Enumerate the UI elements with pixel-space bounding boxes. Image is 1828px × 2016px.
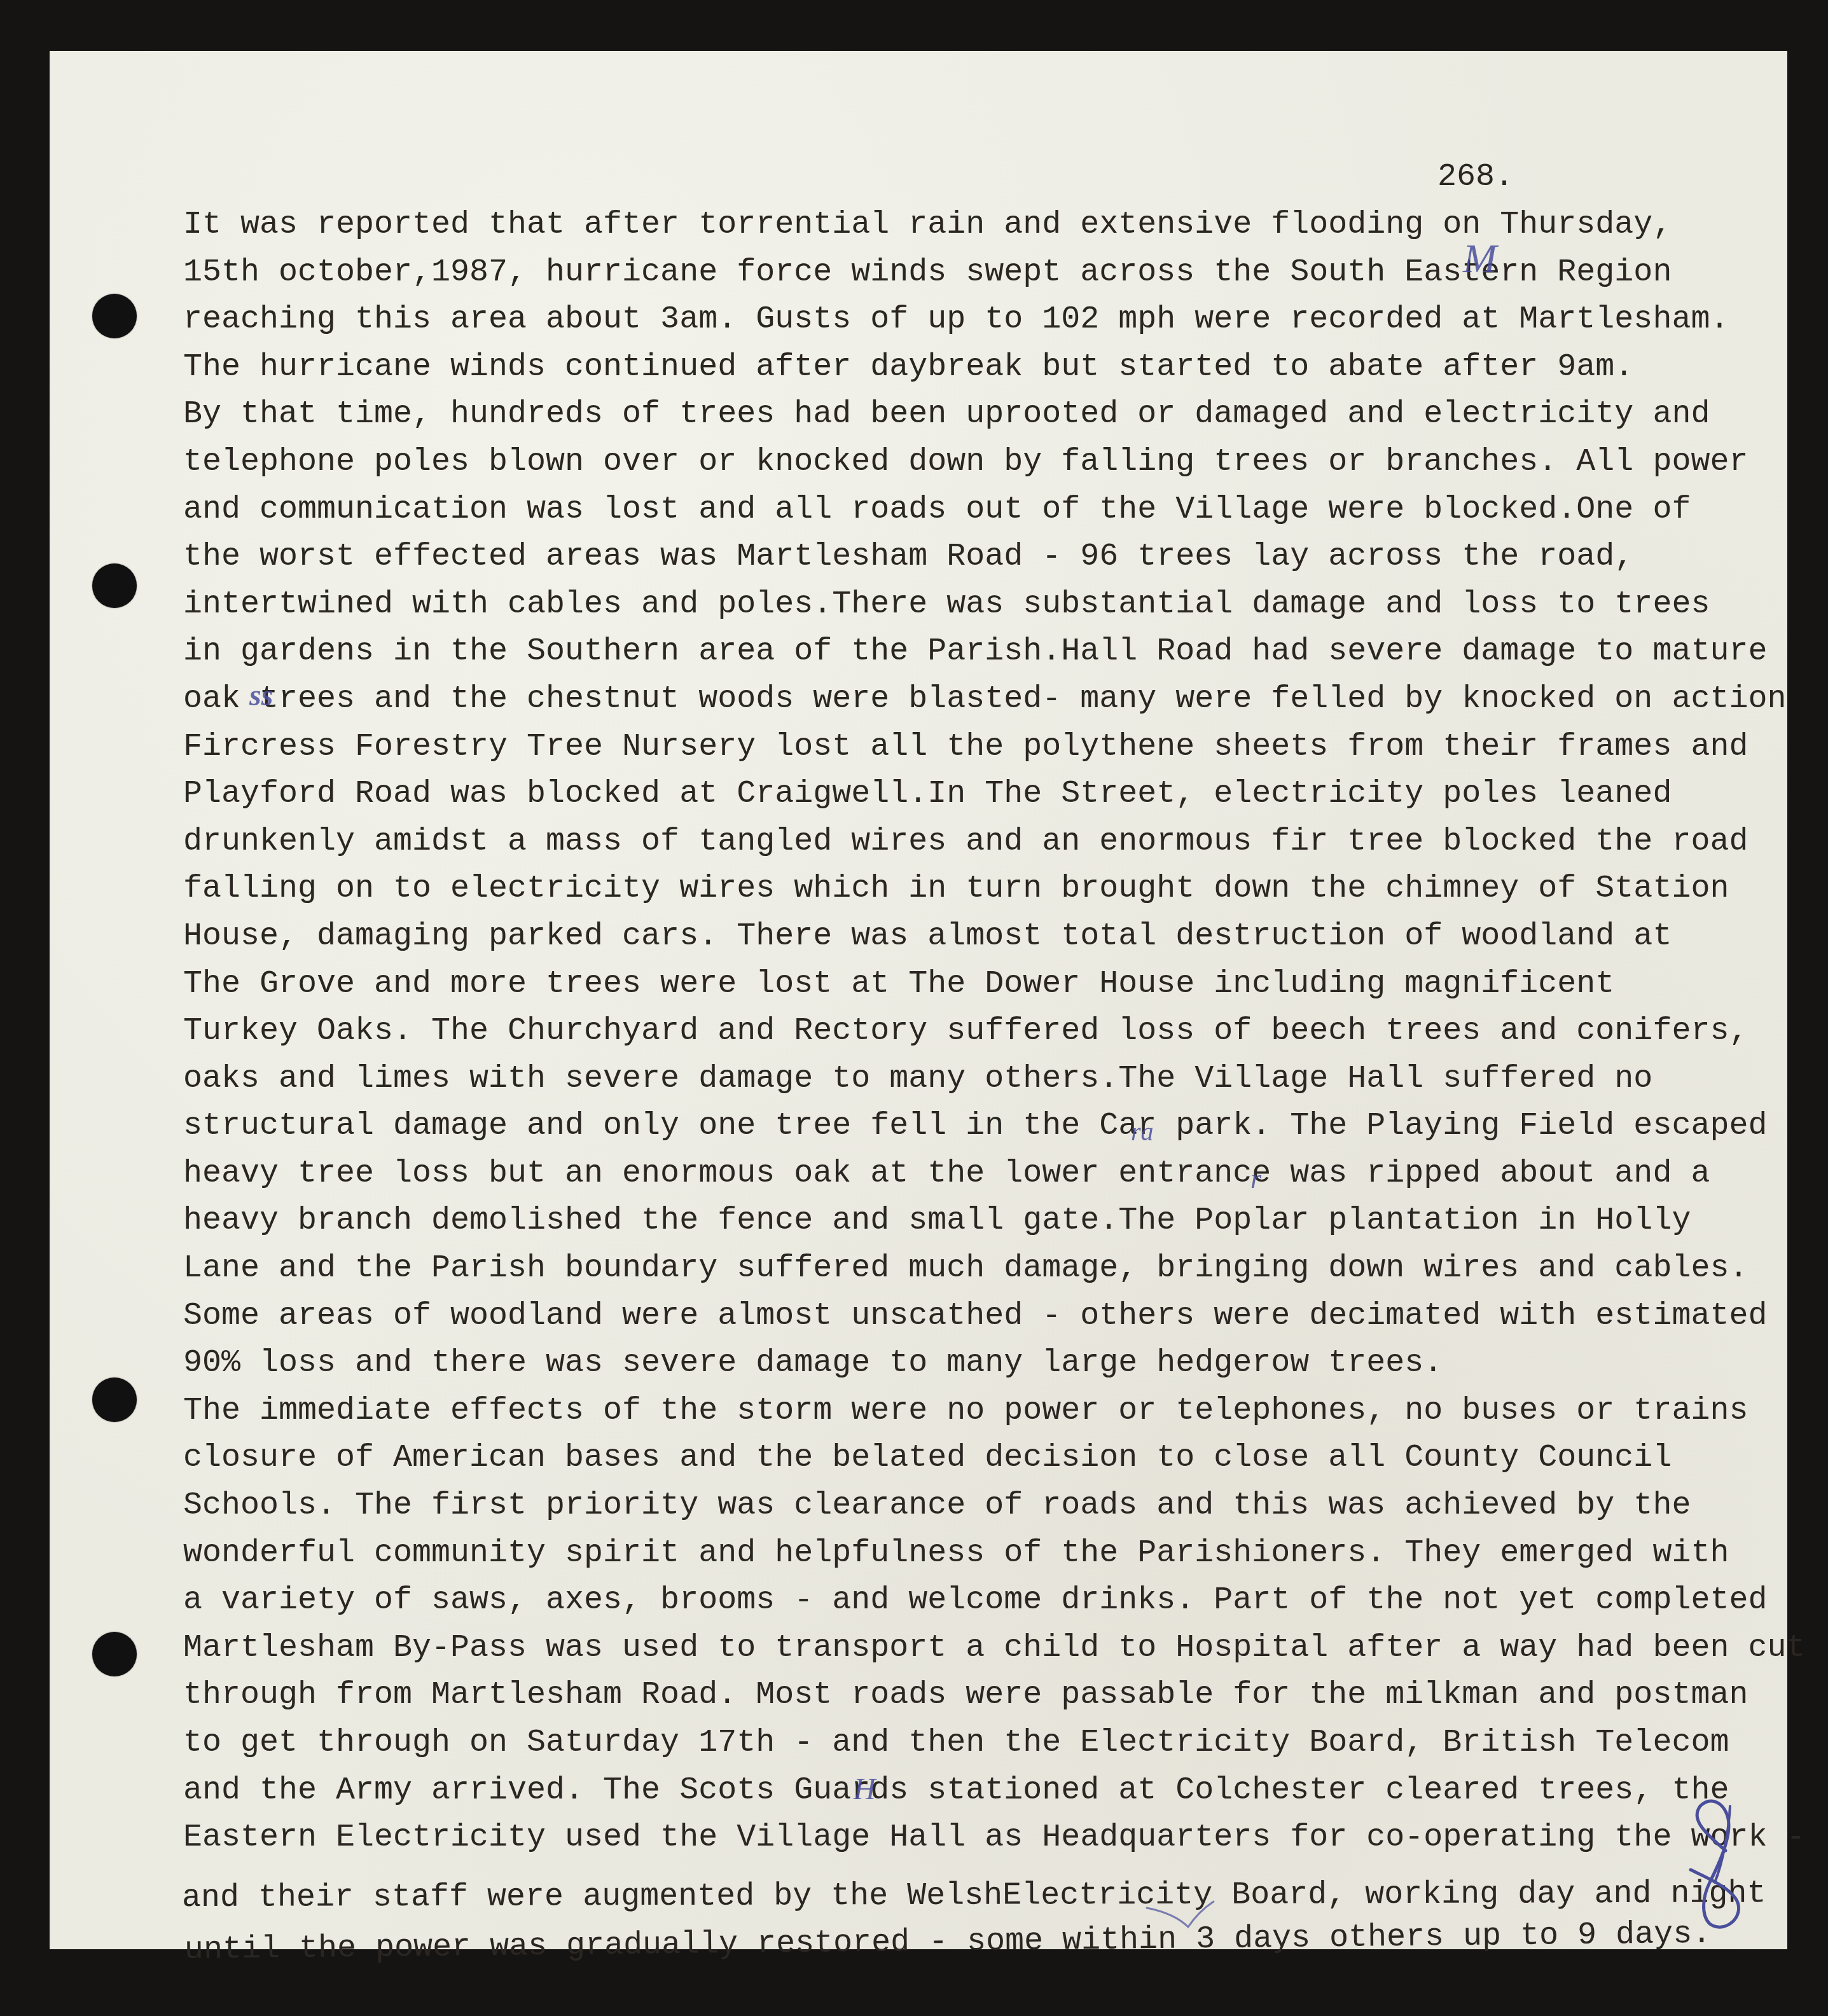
- text-line: heavy tree loss but an enormous oak at t…: [183, 1150, 1805, 1198]
- text-line: Fircress Forestry Tree Nursery lost all …: [183, 724, 1805, 771]
- text-line: closure of American bases and the belate…: [183, 1435, 1805, 1482]
- text-line: reaching this area about 3am. Gusts of u…: [183, 296, 1805, 344]
- text-line: Lane and the Parish boundary suffered mu…: [183, 1245, 1805, 1293]
- text-line: 15th october,1987, hurricane force winds…: [183, 249, 1805, 297]
- pen-correction-m: M: [1463, 235, 1497, 282]
- text-line: Some areas of woodland were almost unsca…: [183, 1293, 1805, 1341]
- punch-hole: [92, 1377, 137, 1422]
- text-line: Playford Road was blocked at Craigwell.I…: [183, 771, 1805, 818]
- text-line: Martlesham By-Pass was used to transport…: [183, 1625, 1805, 1673]
- text-line: The immediate effects of the storm were …: [183, 1388, 1805, 1435]
- text-line: By that time, hundreds of trees had been…: [183, 391, 1805, 439]
- text-line: 90% loss and there was severe damage to …: [183, 1340, 1805, 1388]
- text-line: The hurricane winds continued after dayb…: [183, 344, 1805, 392]
- text-line: a variety of saws, axes, brooms - and we…: [183, 1577, 1805, 1625]
- pen-correction-h: H: [854, 1772, 876, 1807]
- text-line: the worst effected areas was Martlesham …: [183, 534, 1805, 581]
- text-line: and the Army arrived. The Scots Guards s…: [183, 1767, 1805, 1815]
- punch-hole: [92, 294, 137, 338]
- text-line: Schools. The first priority was clearanc…: [183, 1482, 1805, 1530]
- text-line: wonderful community spirit and helpfulne…: [183, 1530, 1805, 1578]
- text-line: structural damage and only one tree fell…: [183, 1103, 1805, 1150]
- pen-correction-ss: ss: [249, 678, 273, 713]
- punch-hole: [92, 563, 137, 608]
- text-line: Eastern Electricity used the Village Hal…: [183, 1814, 1805, 1862]
- text-line: oak trees and the chestnut woods were bl…: [183, 676, 1805, 724]
- punch-hole: [92, 1632, 137, 1676]
- text-line: intertwined with cables and poles.There …: [183, 581, 1805, 629]
- pen-correction-r: r: [1250, 1163, 1261, 1195]
- text-line: Turkey Oaks. The Churchyard and Rectory …: [183, 1008, 1805, 1056]
- text-line: telephone poles blown over or knocked do…: [183, 439, 1805, 487]
- text-line: and communication was lost and all roads…: [183, 487, 1805, 534]
- text-line: falling on to electricity wires which in…: [183, 866, 1805, 913]
- page-number: 268.: [1437, 159, 1514, 195]
- text-line: House, damaging parked cars. There was a…: [183, 913, 1805, 961]
- text-line: The Grove and more trees were lost at Th…: [183, 961, 1805, 1009]
- typed-body-text: It was reported that after torrential ra…: [183, 202, 1805, 1957]
- text-line: It was reported that after torrential ra…: [183, 202, 1805, 249]
- text-line: through from Martlesham Road. Most roads…: [183, 1672, 1805, 1720]
- text-line: heavy branch demolished the fence and sm…: [183, 1198, 1805, 1245]
- pen-correction-ra: ra: [1131, 1117, 1154, 1147]
- text-line: in gardens in the Southern area of the P…: [183, 628, 1805, 676]
- text-line: drunkenly amidst a mass of tangled wires…: [183, 818, 1805, 866]
- text-line: oaks and limes with severe damage to man…: [183, 1056, 1805, 1103]
- text-line: to get through on Saturday 17th - and th…: [183, 1720, 1805, 1767]
- document-page: 268. It was reported that after torrenti…: [50, 51, 1787, 1949]
